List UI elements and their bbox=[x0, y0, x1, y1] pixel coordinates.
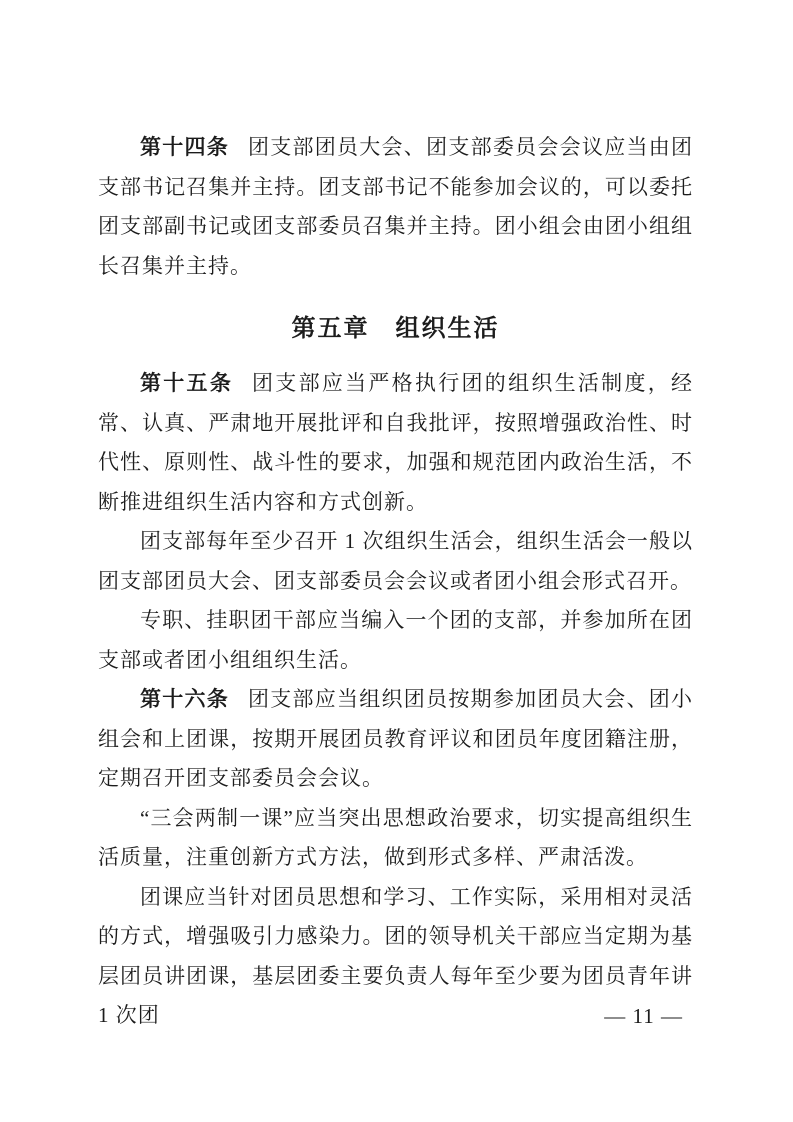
paragraph-full-time-cadres: 专职、挂职团干部应当编入一个团的支部，并参加所在团支部或者团小组组织生活。 bbox=[98, 601, 693, 680]
page-number: — 11 — bbox=[604, 1003, 683, 1029]
document-page: 第十四条团支部团员大会、团支部委员会会议应当由团支部书记召集并主持。团支部书记不… bbox=[0, 0, 793, 1122]
paragraph-article-15: 第十五条团支部应当严格执行团的组织生活制度，经常、认真、严肃地开展批评和自我批评… bbox=[98, 364, 693, 522]
article-15-label: 第十五条 bbox=[140, 372, 233, 395]
paragraph-org-life-meeting: 团支部每年至少召开 1 次组织生活会，组织生活会一般以团支部团员大会、团支部委员… bbox=[98, 522, 693, 601]
article-14-label: 第十四条 bbox=[140, 136, 229, 159]
paragraph-article-16: 第十六条团支部应当组织团员按期参加团员大会、团小组会和上团课，按期开展团员教育评… bbox=[98, 680, 693, 799]
chapter-5-heading: 第五章 组织生活 bbox=[98, 309, 693, 349]
article-16-label: 第十六条 bbox=[140, 688, 229, 711]
paragraph-article-14: 第十四条团支部团员大会、团支部委员会会议应当由团支部书记召集并主持。团支部书记不… bbox=[98, 128, 693, 286]
document-content: 第十四条团支部团员大会、团支部委员会会议应当由团支部书记召集并主持。团支部书记不… bbox=[98, 128, 693, 1036]
paragraph-three-meetings-two-systems: “三会两制一课”应当突出思想政治要求，切实提高组织生活质量，注重创新方式方法，做… bbox=[98, 799, 693, 878]
